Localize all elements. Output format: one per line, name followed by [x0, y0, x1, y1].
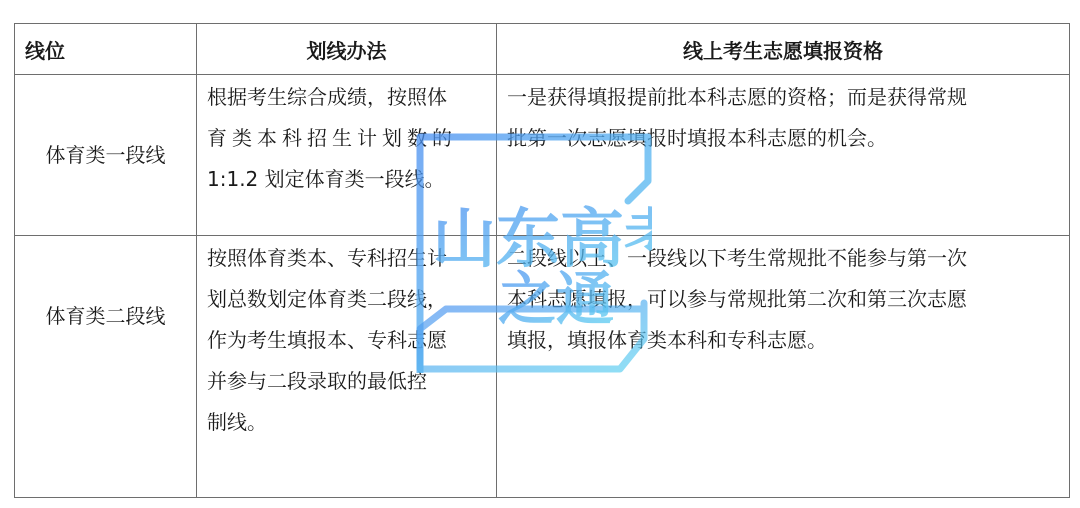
- cutoff-lines-table: 线位 划线办法 线上考生志愿填报资格 体育类一段线 根据考生综合成绩，按照体 育…: [14, 23, 1070, 498]
- qualification-text-line: 二段线以上、一段线以下考生常规批不能参与第一次: [507, 238, 1061, 279]
- qualification-text-line: 填报，填报体育类本科和专科志愿。: [507, 320, 1061, 361]
- qualification-text-line: 本科志愿填报，可以参与常规批第二次和第三次志愿: [507, 279, 1061, 320]
- qualification-text-line: 一是获得填报提前批本科志愿的资格；而是获得常规: [507, 77, 1061, 118]
- page: 线位 划线办法 线上考生志愿填报资格 体育类一段线 根据考生综合成绩，按照体 育…: [0, 0, 1080, 508]
- method-cell: 根据考生综合成绩，按照体 育类本科招生计划数的 1:1.2 划定体育类一段线。: [197, 75, 497, 236]
- header-method: 划线办法: [197, 24, 497, 75]
- method-text-line: 根据考生综合成绩，按照体: [207, 77, 488, 118]
- line-name-cell: 体育类二段线: [15, 236, 197, 498]
- method-text-line: 制线。: [207, 402, 488, 443]
- qualification-cell: 二段线以上、一段线以下考生常规批不能参与第一次 本科志愿填报，可以参与常规批第二…: [497, 236, 1070, 498]
- method-text-line: 并参与二段录取的最低控: [207, 361, 488, 402]
- method-text-line: 按照体育类本、专科招生计: [207, 238, 488, 279]
- method-text-line: 育类本科招生计划数的: [207, 118, 488, 159]
- method-text-line: 1:1.2 划定体育类一段线。: [207, 159, 488, 200]
- header-line-position: 线位: [15, 24, 197, 75]
- qualification-text-line: 批第一次志愿填报时填报本科志愿的机会。: [507, 118, 1061, 159]
- method-text-line: 划总数划定体育类二段线，: [207, 279, 488, 320]
- header-qualification: 线上考生志愿填报资格: [497, 24, 1070, 75]
- table-row: 体育类二段线 按照体育类本、专科招生计 划总数划定体育类二段线， 作为考生填报本…: [15, 236, 1070, 498]
- qualification-cell: 一是获得填报提前批本科志愿的资格；而是获得常规 批第一次志愿填报时填报本科志愿的…: [497, 75, 1070, 236]
- table-header-row: 线位 划线办法 线上考生志愿填报资格: [15, 24, 1070, 75]
- line-name-cell: 体育类一段线: [15, 75, 197, 236]
- table-row: 体育类一段线 根据考生综合成绩，按照体 育类本科招生计划数的 1:1.2 划定体…: [15, 75, 1070, 236]
- method-cell: 按照体育类本、专科招生计 划总数划定体育类二段线， 作为考生填报本、专科志愿 并…: [197, 236, 497, 498]
- method-text-line: 作为考生填报本、专科志愿: [207, 320, 488, 361]
